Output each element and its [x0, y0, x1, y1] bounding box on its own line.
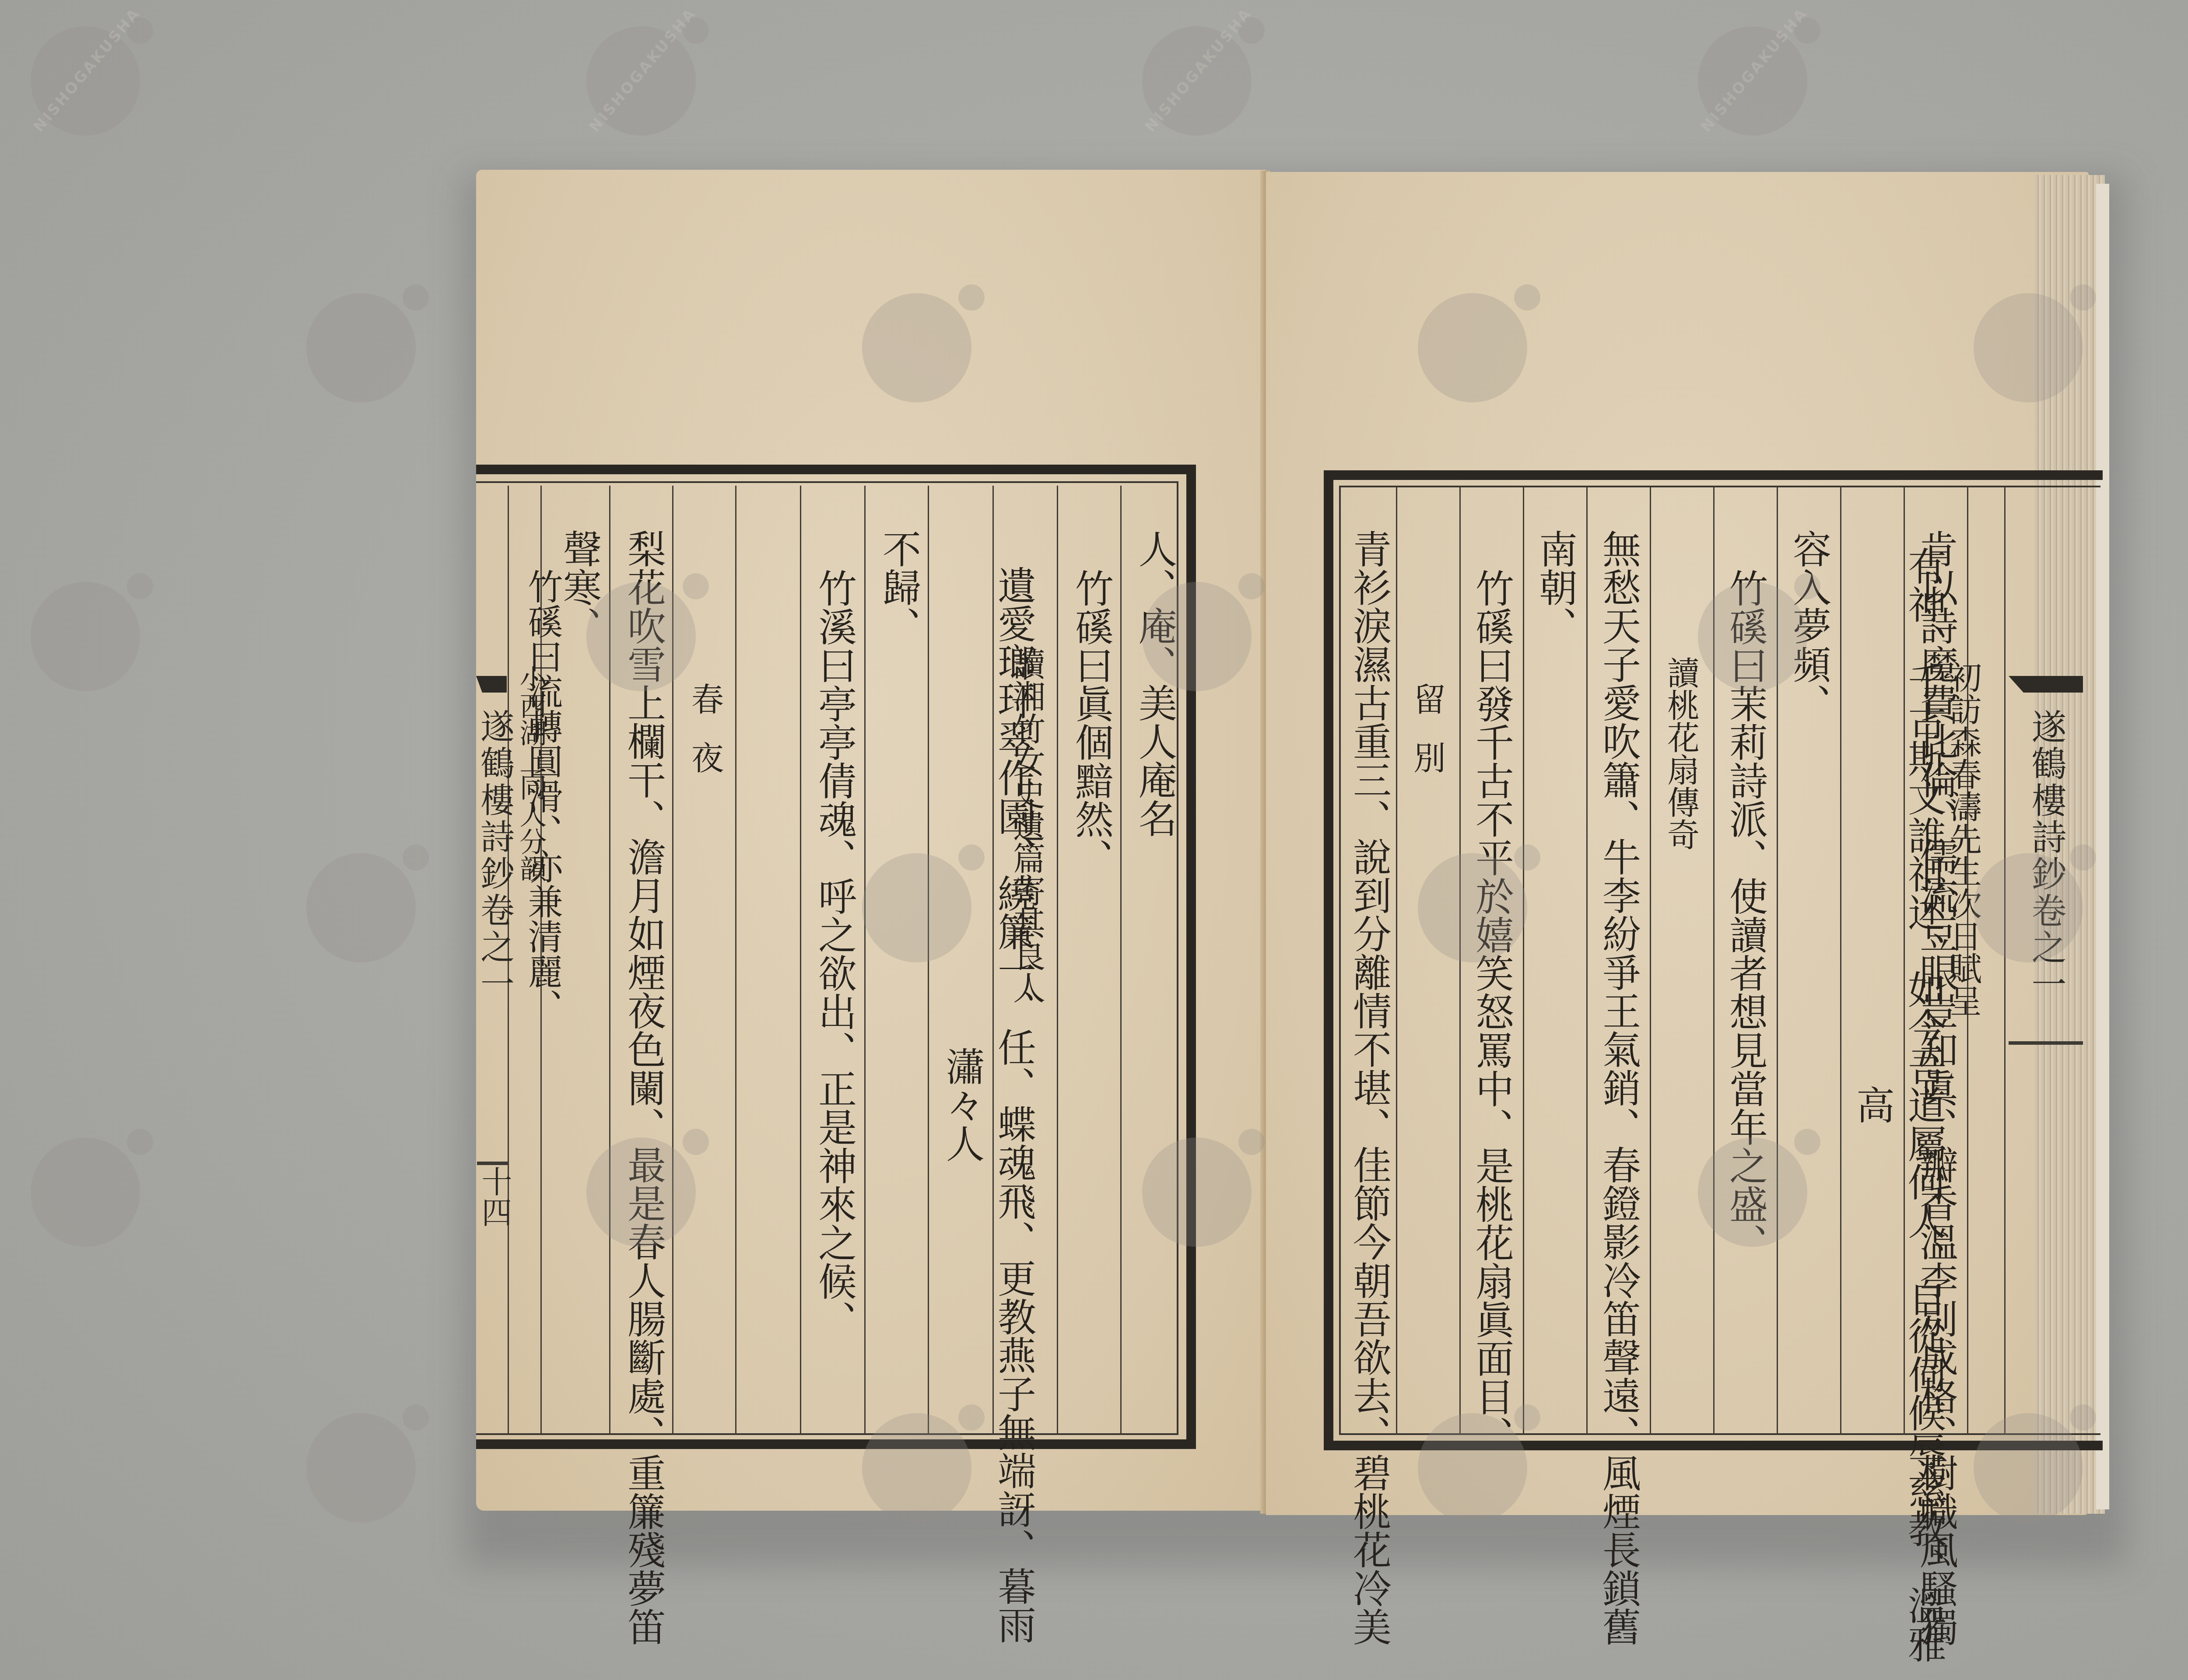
poem-title: 春夜 — [680, 682, 729, 800]
column-rule — [1120, 486, 1122, 1435]
poem-line: 無愁天子愛吹簫、牛李紛爭王氣銷、春鐙影冷笛聲遠、風煙長鎖舊 — [1593, 529, 1645, 1646]
hanshin-lower-rule — [2009, 1041, 2083, 1045]
watermark-logo — [1418, 1413, 1527, 1522]
watermark-logo — [1974, 1413, 2083, 1522]
watermark-logo — [1974, 293, 2083, 402]
commentary: 竹磎曰發千古不平於嬉笑怒罵中、是桃花扇眞面目、 — [1466, 569, 1518, 1454]
watermark-logo — [862, 853, 971, 962]
column-rule — [2004, 486, 2006, 1435]
watermark-logo — [1418, 853, 1527, 962]
poem-title: 留別 — [1403, 682, 1452, 800]
watermark-logo — [586, 582, 696, 691]
poem-line: 青衫淚濕古重三、說到分離情不堪、佳節今朝吾欲去、碧桃花冷美 — [1343, 529, 1395, 1646]
watermark-logo — [31, 582, 140, 691]
watermark-logo — [1698, 582, 1807, 691]
watermark-logo — [862, 293, 971, 402]
column-rule — [1523, 486, 1524, 1435]
poem-line: 有神、千古斯文誰祖述、如今吾道屬何人、自從伺候辱慈教、溫雅高 — [1847, 529, 1950, 1680]
left-hanshin-title: 遂鶴樓詩鈔卷之一 — [479, 709, 510, 1003]
page-number-rule — [477, 1162, 508, 1165]
watermark-logo — [1418, 293, 1527, 402]
column-rule — [1057, 486, 1058, 1435]
column-rule — [1840, 486, 1841, 1435]
watermark-logo — [586, 1137, 696, 1247]
watermark-logo — [306, 1413, 416, 1522]
left-page-number: 十四 — [479, 1166, 510, 1227]
watermark-logo — [306, 853, 416, 962]
poem-title: 讀桃花扇傳奇 — [1656, 656, 1705, 850]
watermark-logo — [1974, 853, 2083, 962]
column-rule — [1650, 486, 1651, 1435]
column-rule — [1396, 486, 1397, 1435]
column-rule — [1586, 486, 1588, 1435]
poem-line: 不歸、 — [873, 529, 925, 645]
watermark-logo — [306, 293, 416, 402]
watermark-logo — [1698, 1137, 1807, 1247]
poem-line: 梨花吹雪上欄干、澹月如煙夜色闌、最是春人腸斷處、重簾殘夢笛 — [618, 529, 670, 1646]
text-column: 竹磎曰眞個黯然、 — [1066, 569, 1117, 877]
poem-line: 南朝、 — [1529, 529, 1581, 645]
watermark-logo — [31, 1137, 140, 1247]
column-rule — [800, 486, 801, 1435]
commentary: 竹溪曰亭亭倩魂、呼之欲出、正是神來之候、 — [809, 569, 860, 1339]
poem-title-small: 小西湖上同人分韻 — [511, 665, 551, 882]
column-rule — [864, 486, 866, 1435]
watermark-logo — [862, 1413, 971, 1522]
column-rule — [735, 486, 736, 1435]
watermark-logo — [1142, 1137, 1252, 1247]
watermark-logo — [1142, 582, 1252, 691]
